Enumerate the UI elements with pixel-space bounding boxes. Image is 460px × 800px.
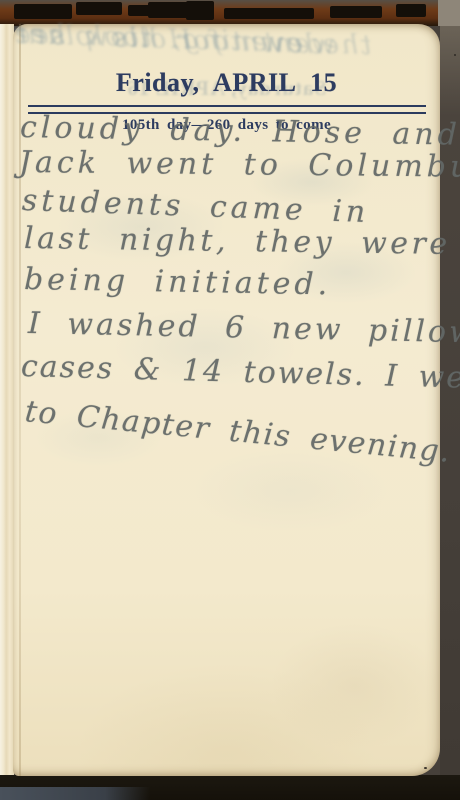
- entry-line: Jack went to Columbus: [19, 145, 460, 185]
- binding-chunk: [186, 1, 214, 20]
- entry-line: cases & 14 towels. I went: [21, 349, 460, 397]
- binding-chunk: [76, 2, 122, 15]
- entry-line: to Chapter this evening.: [23, 394, 452, 470]
- dust-speck: [454, 54, 456, 56]
- entry-line: I washed 6 new pillow: [28, 306, 460, 350]
- scanner-shadow-bottom-left: [0, 787, 150, 800]
- bleedthrough-line: down for his plant: [13, 19, 323, 61]
- binding-chunk: [330, 6, 382, 18]
- entry-line: being initiated.: [24, 262, 332, 302]
- scanned-diary-page: Saturday, APRIL 16 Friday, APRIL 15 105t…: [0, 0, 460, 800]
- scanner-background-corner: [438, 0, 460, 26]
- dust-speck: [424, 767, 427, 769]
- handwritten-entry: cloudy day. Hose and Jack went to Columb…: [13, 24, 440, 776]
- binding-chunk: [224, 8, 314, 19]
- entry-line: last night, they were: [24, 221, 451, 262]
- diary-page: Saturday, APRIL 16 Friday, APRIL 15 105t…: [13, 24, 440, 776]
- binding-chunk: [396, 4, 426, 17]
- page-stack-left-edge: [0, 24, 14, 778]
- binding-chunk: [14, 4, 72, 19]
